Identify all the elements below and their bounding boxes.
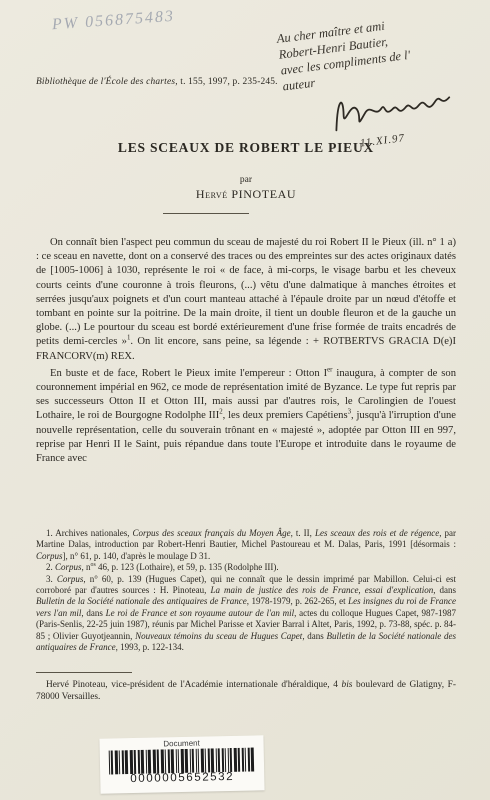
article-title: LES SCEAUX DE ROBERT LE PIEUX (36, 140, 456, 156)
barcode-bars (107, 747, 257, 774)
pencil-inventory-number: PW 056875483 (52, 8, 176, 35)
affiliation-divider (36, 672, 132, 673)
footnote: 3. Corpus, n° 60, p. 139 (Hugues Capet),… (36, 574, 456, 654)
footnote: 2. Corpus, nos 46, p. 123 (Lothaire), et… (36, 562, 456, 573)
footnote: 1. Archives nationales, Corpus des sceau… (36, 528, 456, 562)
footnotes-block: 1. Archives nationales, Corpus des sceau… (36, 528, 456, 653)
journal-citation: Bibliothèque de l'École des chartes, t. … (36, 77, 278, 87)
body-paragraph: En buste et de face, Robert le Pieux imi… (36, 367, 456, 466)
title-divider (163, 213, 249, 214)
article-body: On connaît bien l'aspect peu commun du s… (36, 236, 456, 466)
scanned-journal-page: PW 056875483 Bibliothèque de l'École des… (0, 0, 490, 800)
author-name: Hervé PINOTEAU (36, 187, 456, 202)
barcode-number: 0000005652532 (100, 771, 264, 785)
body-paragraph: On connaît bien l'aspect peu commun du s… (36, 236, 456, 364)
handwritten-dedication: Au cher maître et ami Robert-Henri Bauti… (276, 6, 490, 160)
barcode-label: Document 0000005652532 (99, 735, 264, 793)
byline-par: par (36, 175, 456, 185)
author-affiliation: Hervé Pinoteau, vice-président de l'Acad… (36, 680, 456, 704)
